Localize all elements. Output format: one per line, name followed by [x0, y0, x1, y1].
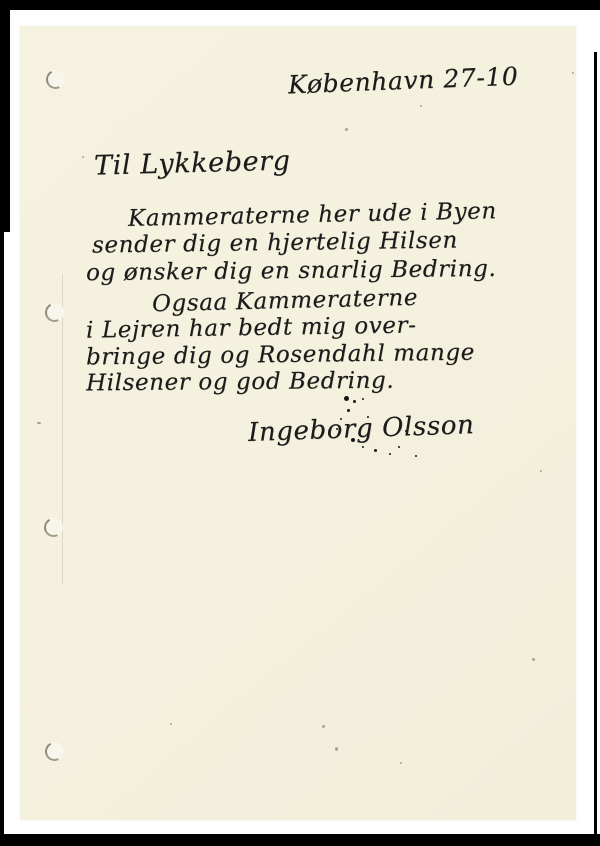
letter-body-line: i Lejren har bedt mig over-	[86, 312, 417, 343]
letter-body-line: sender dig en hjertelig Hilsen	[92, 227, 458, 258]
letter-body-line: og ønsker dig en snarlig Bedring.	[86, 256, 497, 286]
scan-border-bottom	[0, 834, 600, 846]
scan-border-left	[0, 0, 10, 232]
salutation: Til Lykkeberg	[94, 145, 291, 181]
paper-crease	[62, 274, 63, 584]
dateline: København 27-10	[288, 62, 519, 100]
punch-hole-4	[43, 740, 67, 764]
scan-border-left-lower	[0, 232, 4, 846]
letter-paper: København 27-10 Til Lykkeberg Kammerater…	[20, 26, 576, 820]
scanned-letter-page: København 27-10 Til Lykkeberg Kammerater…	[0, 0, 600, 846]
scan-border-top	[0, 0, 600, 10]
scan-border-right	[594, 52, 597, 834]
signature: Ingeborg Olsson	[248, 410, 475, 448]
letter-body-line: Hilsener og god Bedring.	[86, 368, 394, 397]
punch-hole-1	[44, 68, 68, 92]
letter-body-line: bringe dig og Rosendahl mange	[86, 340, 475, 371]
